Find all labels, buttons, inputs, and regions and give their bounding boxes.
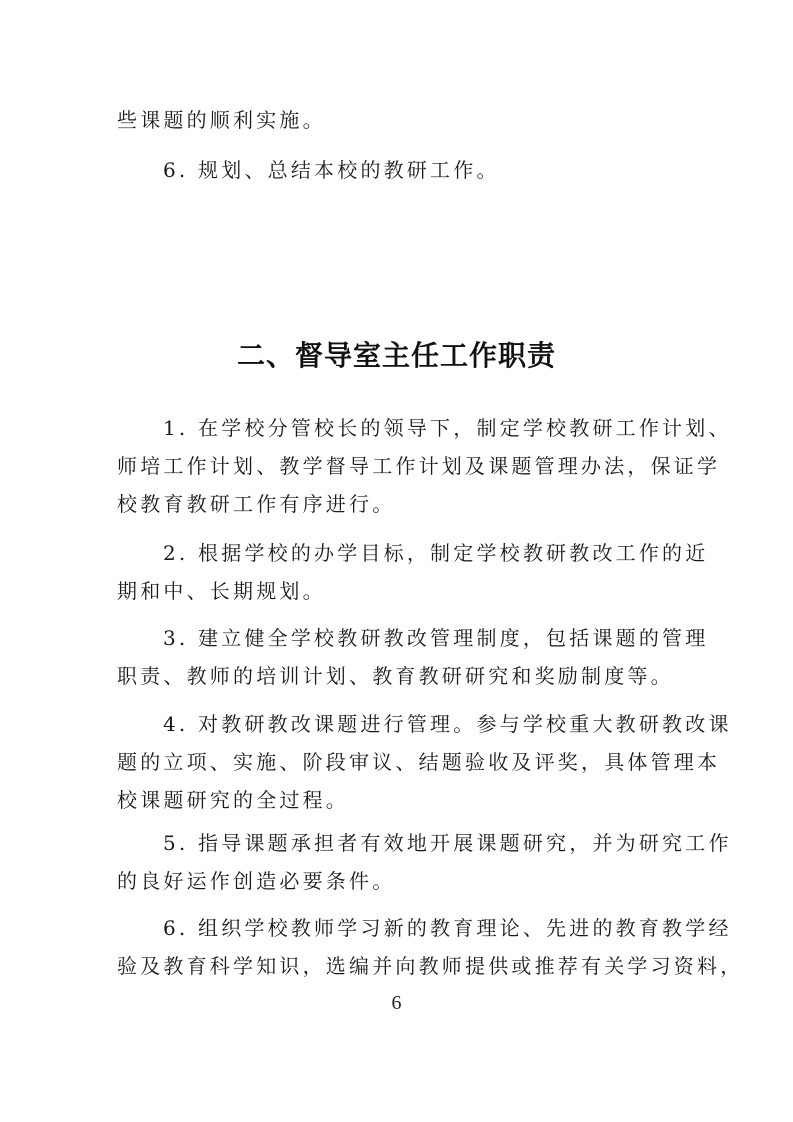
duty-item-5-line-1: 5. 指导课题承担者有效地开展课题研究，并为研究工作 (163, 831, 732, 855)
duty-item-6-line-1: 6. 组织学校教师学习新的教育理论、先进的教育教学经 (163, 916, 732, 940)
document-page: 些课题的顺利实施。 6. 规划、总结本校的教研工作。 二、督导室主任工作职责 1… (0, 0, 793, 1122)
duty-item-1-line-2: 师培工作计划、教学督导工作计划及课题管理办法，保证学 (117, 454, 720, 478)
paragraph-continuation: 些课题的顺利实施。 (117, 108, 326, 132)
duty-item-2-line-2: 期和中、长期规划。 (117, 579, 326, 603)
duty-item-5-line-2: 的良好运作创造必要条件。 (117, 869, 395, 893)
duty-item-4-line-1: 4. 对教研教改课题进行管理。参与学校重大教研教改课 (163, 712, 732, 736)
page-number: 6 (0, 992, 793, 1015)
section-heading: 二、督导室主任工作职责 (0, 338, 793, 374)
duty-item-1-line-3: 校教育教研工作有序进行。 (117, 492, 395, 516)
duty-item-3-line-2: 职责、教师的培训计划、教育教研研究和奖励制度等。 (117, 664, 674, 688)
duty-item-2-line-1: 2. 根据学校的办学目标，制定学校教研教改工作的近 (163, 541, 708, 565)
duty-item-1-line-1: 1. 在学校分管校长的领导下，制定学校教研工作计划、 (163, 416, 732, 440)
duty-item-4-line-3: 校课题研究的全过程。 (117, 788, 349, 812)
duty-item-4-line-2: 题的立项、实施、阶段审议、结题验收及评奖，具体管理本 (117, 750, 720, 774)
paragraph-prev-item-6: 6. 规划、总结本校的教研工作。 (163, 158, 500, 182)
duty-item-3-line-1: 3. 建立健全学校教研教改管理制度，包括课题的管理 (163, 626, 708, 650)
duty-item-6-line-2: 验及教育科学知识，选编并向教师提供或推荐有关学习资料， (117, 954, 743, 978)
